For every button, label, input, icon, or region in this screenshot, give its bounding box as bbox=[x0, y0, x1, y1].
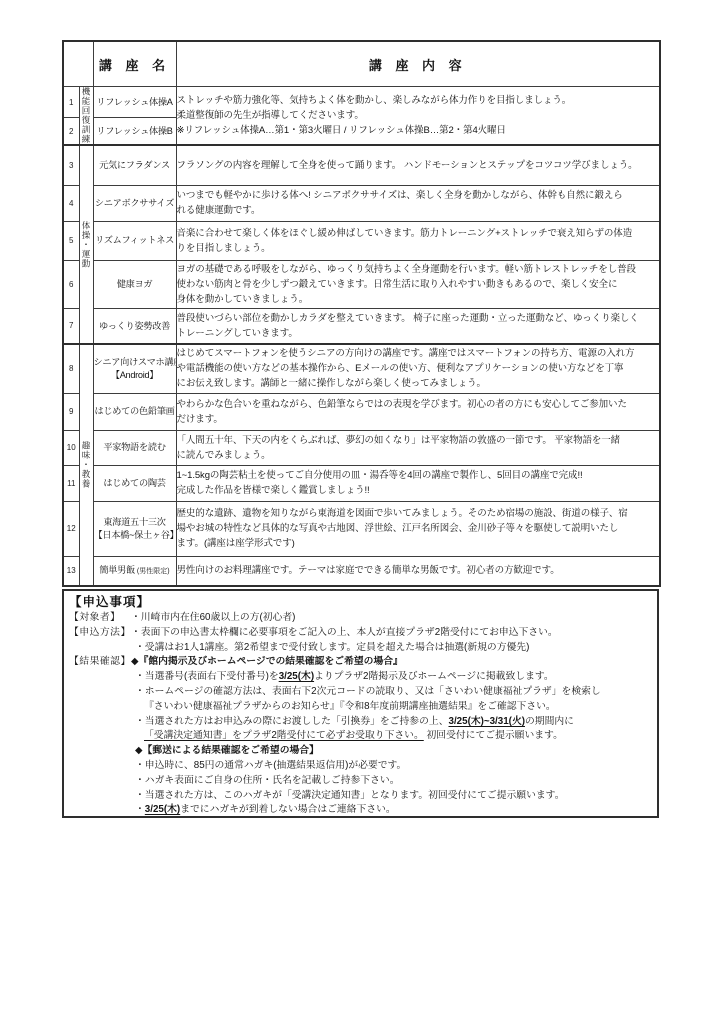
notice-line: 『さいわい健康福祉プラザからのお知らせ』『令和8年度前期講座抽選結果』をご確認下… bbox=[69, 700, 651, 715]
notice-text: 「受講決定通知書」をプラザ2階受付にて必ずお受取り下さい。 bbox=[144, 730, 424, 741]
course-content-line: 「人間五十年、下天の内をくらぶれば、夢幻の如くなり」は平家物語の敦盛の一節です。… bbox=[177, 433, 660, 448]
course-content-line: や電話機能の使い方などの基本操作から、Eメールの使い方、便利なアプリケーションの… bbox=[177, 361, 660, 376]
notice-label: 【結果確認】 bbox=[69, 655, 131, 670]
category-cell: 機能回復訓練 bbox=[79, 87, 93, 146]
course-content-line: ヨガの基礎である呼吸をしながら、ゆっくり気持ちよく全身運動を行います。軽い筋トレ… bbox=[177, 262, 660, 277]
course-name-text: シニアボクササイズ bbox=[94, 197, 176, 210]
row-number: 7 bbox=[63, 308, 79, 344]
course-name-text: 元気にフラダンス bbox=[94, 159, 176, 172]
course-row: 8趣味・教養シニア向けスマホ講座【Android】はじめてスマートフォンを使うシ… bbox=[63, 344, 660, 393]
notice-text: 初回受付にてご提示願います。 bbox=[424, 730, 563, 741]
course-content-line: トレーニングしていきます。 bbox=[177, 326, 660, 341]
course-name-text: リズムフィットネス bbox=[94, 234, 176, 247]
course-name-text: リフレッシュ体操A bbox=[94, 96, 176, 109]
notice-text: ・ハガキ表面にご自身の住所・氏名を記載しご持参下さい。 bbox=[135, 775, 400, 786]
course-content-line: ます。(講座は座学形式です) bbox=[177, 536, 660, 551]
row-number: 12 bbox=[63, 501, 79, 556]
course-content-line: 使わない筋肉と骨を少しずつ鍛えていきます。日常生活に取り入れやすい動きもあるので… bbox=[177, 277, 660, 292]
course-content-cell: いつまでも軽やかに歩ける体へ! シニアボクササイズは、楽しく全身を動かしながら、… bbox=[176, 185, 660, 221]
application-notes-box: 【申込事項】 【対象者】・川崎市内在住60歳以上の方(初心者)【申込方法】・表面… bbox=[62, 589, 659, 818]
course-name-cell: リフレッシュ体操B bbox=[93, 118, 176, 145]
course-name-text: ゆっくり姿勢改善 bbox=[94, 320, 176, 333]
notice-line: ・受講はお1人1講座。第2希望まで受付致します。定員を超えた場合は抽選(新規の方… bbox=[69, 641, 651, 656]
application-notes-title: 【申込事項】 bbox=[69, 594, 651, 611]
row-number: 4 bbox=[63, 185, 79, 221]
course-name-text: はじめての色鉛筆画 bbox=[94, 405, 176, 418]
course-name-text: シニア向けスマホ講座 bbox=[94, 356, 176, 369]
course-row: 7ゆっくり姿勢改善普段使いづらい部位を動かしカラダを整えていきます。 椅子に座っ… bbox=[63, 308, 660, 344]
row-number: 3 bbox=[63, 145, 79, 185]
notice-text: 3/25(木) bbox=[145, 804, 180, 815]
course-name-text: 【日本橋~保土ヶ谷】 bbox=[94, 529, 176, 542]
course-row: 6健康ヨガヨガの基礎である呼吸をしながら、ゆっくり気持ちよく全身運動を行います。… bbox=[63, 260, 660, 308]
course-name-text: 【Android】 bbox=[94, 369, 176, 382]
course-content-cell: 「人間五十年、下天の内をくらぶれば、夢幻の如くなり」は平家物語の敦盛の一節です。… bbox=[176, 430, 660, 465]
course-content-line: 男性向けのお料理講座です。テーマは家庭でできる簡単な男飯です。初心者の方歓迎です… bbox=[177, 563, 660, 578]
notice-text: ・ホームページの確認方法は、表面右下2次元コードの読取り、又は「さいわい健康福祉… bbox=[135, 686, 601, 697]
course-content-line: に読んでみましょう。 bbox=[177, 448, 660, 463]
notice-line: 【結果確認】◆『館内掲示及びホームページでの結果確認をご希望の場合』 bbox=[69, 655, 651, 670]
notice-label: 【対象者】 bbox=[69, 611, 131, 626]
course-content-line: ※リフレッシュ体操A…第1・第3火曜日 / リフレッシュ体操B…第2・第4火曜日 bbox=[177, 123, 660, 138]
course-content-cell: ストレッチや筋力強化等、気持ちよく体を動かし、楽しみながら体力作りを目指しましょ… bbox=[176, 87, 660, 146]
notice-line: ◆【郵送による結果確認をご希望の場合】 bbox=[69, 744, 651, 759]
course-row: 13簡単男飯 (男性限定)男性向けのお料理講座です。テーマは家庭でできる簡単な男… bbox=[63, 556, 660, 586]
course-content-cell: 1~1.5kgの陶芸粘土を使ってご自分使用の皿・湯呑等を4回の講座で製作し、5回… bbox=[176, 465, 660, 501]
course-row: 1機能回復訓練リフレッシュ体操Aストレッチや筋力強化等、気持ちよく体を動かし、楽… bbox=[63, 87, 660, 118]
header-course-name: 講 座 名 bbox=[93, 41, 176, 87]
course-name-cell: ゆっくり姿勢改善 bbox=[93, 308, 176, 344]
notice-line: ・当選された方はお申込みの際にお渡しした「引換券」をご持参の上、3/25(木)~… bbox=[69, 715, 651, 730]
row-number: 1 bbox=[63, 87, 79, 118]
course-content-line: やわらかな色合いを重ねながら、色鉛筆ならではの表現を学びます。初心の者の方にも安… bbox=[177, 397, 660, 412]
course-table-body: 講 座 名 講 座 内 容 1機能回復訓練リフレッシュ体操Aストレッチや筋力強化… bbox=[63, 41, 660, 586]
notice-text: ・ bbox=[135, 804, 145, 815]
notice-text: ・当選された方は、このハガキが「受講決定通知書」となります。初回受付にてご提示願… bbox=[135, 790, 565, 801]
course-name-note: (男性限定) bbox=[135, 568, 170, 575]
notice-text: 『さいわい健康福祉プラザからのお知らせ』『令和8年度前期講座抽選結果』をご確認下… bbox=[144, 701, 556, 712]
category-cell: 体操・運動 bbox=[79, 145, 93, 344]
notice-text: までにハガキが到着しない場合はご連絡下さい。 bbox=[180, 804, 396, 815]
row-number: 6 bbox=[63, 260, 79, 308]
notice-text: の期間内に bbox=[525, 716, 574, 727]
course-content-line: 身体を動かしていきましょう。 bbox=[177, 292, 660, 307]
course-content-cell: 歴史的な遺跡、遺物を知りながら東海道を図面で歩いてみましょう。そのため宿場の施設… bbox=[176, 501, 660, 556]
row-number: 10 bbox=[63, 430, 79, 465]
notice-line: ・当選された方は、このハガキが「受講決定通知書」となります。初回受付にてご提示願… bbox=[69, 789, 651, 804]
course-name-text: 健康ヨガ bbox=[94, 278, 176, 291]
course-name-text: はじめての陶芸 bbox=[94, 477, 176, 490]
notice-line: 【申込方法】・表面下の申込書太枠欄に必要事項をご記入の上、本人が直接プラザ2階受… bbox=[69, 626, 651, 641]
course-content-cell: フラソングの内容を理解して全身を使って踊ります。 ハンドモーションとステップをコ… bbox=[176, 145, 660, 185]
row-number: 13 bbox=[63, 556, 79, 586]
row-number: 2 bbox=[63, 118, 79, 145]
notice-text: よりプラザ2階掲示及びホームページに掲載致します。 bbox=[314, 671, 554, 682]
category-cell: 趣味・教養 bbox=[79, 344, 93, 586]
course-content-cell: やわらかな色合いを重ねながら、色鉛筆ならではの表現を学びます。初心の者の方にも安… bbox=[176, 393, 660, 430]
course-content-line: だけます。 bbox=[177, 412, 660, 427]
course-content-cell: 音楽に合わせて楽しく体をほぐし緩め伸ばしていきます。筋力トレーニング+ストレッチ… bbox=[176, 221, 660, 260]
row-number: 9 bbox=[63, 393, 79, 430]
notice-line: 「受講決定通知書」をプラザ2階受付にて必ずお受取り下さい。 初回受付にてご提示願… bbox=[69, 729, 651, 744]
notice-text: ・申込時に、85円の通常ハガキ(抽選結果返信用)が必要です。 bbox=[135, 760, 406, 771]
course-content-cell: 普段使いづらい部位を動かしカラダを整えていきます。 椅子に座った運動・立った運動… bbox=[176, 308, 660, 344]
notice-line: 【対象者】・川崎市内在住60歳以上の方(初心者) bbox=[69, 611, 651, 626]
course-content-line: 場やお城の特性など具体的な写真や古地図、浮世絵、江戸名所図会、金川砂子等々を駆使… bbox=[177, 521, 660, 536]
course-row: 11はじめての陶芸1~1.5kgの陶芸粘土を使ってご自分使用の皿・湯呑等を4回の… bbox=[63, 465, 660, 501]
course-content-line: フラソングの内容を理解して全身を使って踊ります。 ハンドモーションとステップをコ… bbox=[177, 158, 660, 173]
course-content-cell: はじめてスマートフォンを使うシニアの方向けの講座です。講座ではスマートフォンの持… bbox=[176, 344, 660, 393]
notice-text: ・表面下の申込書太枠欄に必要事項をご記入の上、本人が直接プラザ2階受付にてお申込… bbox=[131, 627, 558, 638]
course-content-line: りを目指しましょう。 bbox=[177, 241, 660, 256]
notice-line: ・3/25(木)までにハガキが到着しない場合はご連絡下さい。 bbox=[69, 803, 651, 818]
course-name-cell: 簡単男飯 (男性限定) bbox=[93, 556, 176, 586]
course-name-cell: シニアボクササイズ bbox=[93, 185, 176, 221]
course-name-cell: 東海道五十三次【日本橋~保土ヶ谷】 bbox=[93, 501, 176, 556]
notice-text: ◆【郵送による結果確認をご希望の場合】 bbox=[135, 745, 319, 756]
course-name-cell: 元気にフラダンス bbox=[93, 145, 176, 185]
notice-text: 3/25(木)~3/31(火) bbox=[449, 716, 526, 727]
notice-line: ・当選番号(表面右下受付番号)を3/25(木)よりプラザ2階掲示及びホームページ… bbox=[69, 670, 651, 685]
course-name-cell: はじめての陶芸 bbox=[93, 465, 176, 501]
course-name-cell: はじめての色鉛筆画 bbox=[93, 393, 176, 430]
course-row: 5リズムフィットネス音楽に合わせて楽しく体をほぐし緩め伸ばしていきます。筋力トレ… bbox=[63, 221, 660, 260]
course-name-text: 簡単男飯 (男性限定) bbox=[94, 564, 176, 579]
notice-line: ・ホームページの確認方法は、表面右下2次元コードの読取り、又は「さいわい健康福祉… bbox=[69, 685, 651, 700]
header-corner-cell bbox=[63, 41, 93, 87]
course-content-line: 完成した作品を皆様で楽しく鑑賞しましょう!! bbox=[177, 483, 660, 498]
notice-text: ◆『館内掲示及びホームページでの結果確認をご希望の場合』 bbox=[131, 656, 403, 667]
course-row: 9はじめての色鉛筆画やわらかな色合いを重ねながら、色鉛筆ならではの表現を学びます… bbox=[63, 393, 660, 430]
course-row: 3体操・運動元気にフラダンスフラソングの内容を理解して全身を使って踊ります。 ハ… bbox=[63, 145, 660, 185]
row-number: 5 bbox=[63, 221, 79, 260]
course-name-text: 東海道五十三次 bbox=[94, 516, 176, 529]
course-content-line: ストレッチや筋力強化等、気持ちよく体を動かし、楽しみながら体力作りを目指しましょ… bbox=[177, 93, 660, 108]
notice-text: ・当選された方はお申込みの際にお渡しした「引換券」をご持参の上、 bbox=[135, 716, 449, 727]
course-name-cell: リズムフィットネス bbox=[93, 221, 176, 260]
course-content-line: 柔道整復師の先生が指導してくださいます。 bbox=[177, 108, 660, 123]
course-content-line: 歴史的な遺跡、遺物を知りながら東海道を図面で歩いてみましょう。そのため宿場の施設… bbox=[177, 506, 660, 521]
course-content-cell: 男性向けのお料理講座です。テーマは家庭でできる簡単な男飯です。初心者の方歓迎です… bbox=[176, 556, 660, 586]
row-number: 8 bbox=[63, 344, 79, 393]
notice-text: 3/25(木) bbox=[279, 671, 314, 682]
course-name-text: 平家物語を読む bbox=[94, 441, 176, 454]
course-row: 10平家物語を読む「人間五十年、下天の内をくらぶれば、夢幻の如くなり」は平家物語… bbox=[63, 430, 660, 465]
header-course-content: 講 座 内 容 bbox=[176, 41, 660, 87]
notice-label: 【申込方法】 bbox=[69, 626, 131, 641]
course-row: 4シニアボクササイズいつまでも軽やかに歩ける体へ! シニアボクササイズは、楽しく… bbox=[63, 185, 660, 221]
notice-line: ・申込時に、85円の通常ハガキ(抽選結果返信用)が必要です。 bbox=[69, 759, 651, 774]
course-name-cell: 平家物語を読む bbox=[93, 430, 176, 465]
course-table: 講 座 名 講 座 内 容 1機能回復訓練リフレッシュ体操Aストレッチや筋力強化… bbox=[62, 40, 661, 587]
course-content-line: 1~1.5kgの陶芸粘土を使ってご自分使用の皿・湯呑等を4回の講座で製作し、5回… bbox=[177, 468, 660, 483]
table-header-row: 講 座 名 講 座 内 容 bbox=[63, 41, 660, 87]
course-content-line: れる健康運動です。 bbox=[177, 203, 660, 218]
notice-text: ・受講はお1人1講座。第2希望まで受付致します。定員を超えた場合は抽選(新規の方… bbox=[135, 642, 529, 653]
row-number: 11 bbox=[63, 465, 79, 501]
course-content-line: 音楽に合わせて楽しく体をほぐし緩め伸ばしていきます。筋力トレーニング+ストレッチ… bbox=[177, 226, 660, 241]
course-content-line: いつまでも軽やかに歩ける体へ! シニアボクササイズは、楽しく全身を動かしながら、… bbox=[177, 188, 660, 203]
course-row: 12東海道五十三次【日本橋~保土ヶ谷】歴史的な遺跡、遺物を知りながら東海道を図面… bbox=[63, 501, 660, 556]
notice-text: ・当選番号(表面右下受付番号)を bbox=[135, 671, 279, 682]
course-content-line: 普段使いづらい部位を動かしカラダを整えていきます。 椅子に座った運動・立った運動… bbox=[177, 311, 660, 326]
course-name-cell: リフレッシュ体操A bbox=[93, 87, 176, 118]
course-name-cell: シニア向けスマホ講座【Android】 bbox=[93, 344, 176, 393]
application-notes-lines: 【対象者】・川崎市内在住60歳以上の方(初心者)【申込方法】・表面下の申込書太枠… bbox=[69, 611, 651, 818]
document-page: 講 座 名 講 座 内 容 1機能回復訓練リフレッシュ体操Aストレッチや筋力強化… bbox=[0, 0, 724, 1024]
notice-line: ・ハガキ表面にご自身の住所・氏名を記載しご持参下さい。 bbox=[69, 774, 651, 789]
course-content-line: にお伝え致します。講師と一緒に操作しながら楽しく使ってみましょう。 bbox=[177, 376, 660, 391]
course-content-line: はじめてスマートフォンを使うシニアの方向けの講座です。講座ではスマートフォンの持… bbox=[177, 346, 660, 361]
course-name-text: リフレッシュ体操B bbox=[94, 125, 176, 138]
course-content-cell: ヨガの基礎である呼吸をしながら、ゆっくり気持ちよく全身運動を行います。軽い筋トレ… bbox=[176, 260, 660, 308]
course-name-cell: 健康ヨガ bbox=[93, 260, 176, 308]
notice-text: ・川崎市内在住60歳以上の方(初心者) bbox=[131, 612, 295, 623]
